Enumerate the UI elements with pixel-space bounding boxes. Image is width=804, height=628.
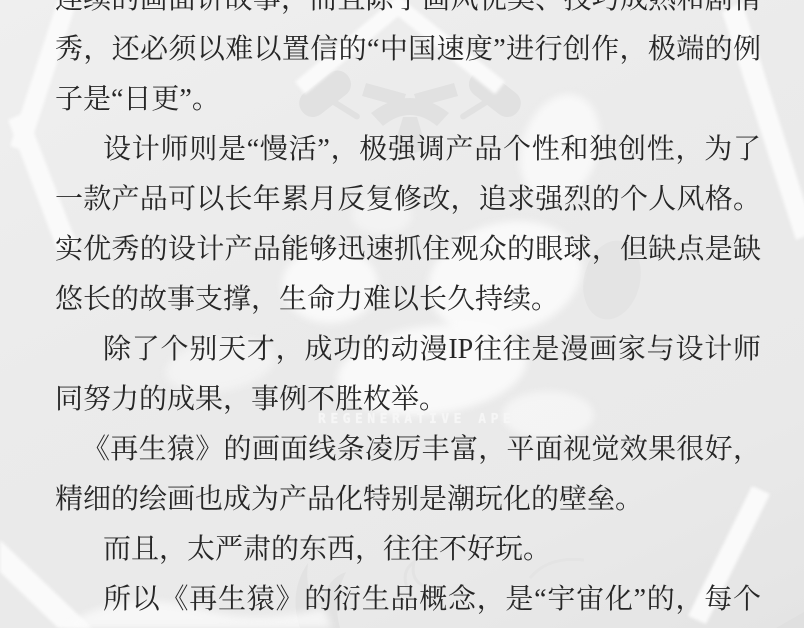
- article-text: 连续的画面讲故事，而且除了画风优美、技巧成熟和剧情优 秀，还必须以难以置信的“中…: [55, 0, 761, 625]
- text-line: 除了个别天才，成功的动漫IP往往是漫画家与设计师共: [55, 325, 761, 375]
- text-line: 所以《再生猿》的衍生品概念，是“宇宙化”的，每个: [55, 575, 761, 625]
- document-page: { "page": { "background_color": "#ebebeb…: [0, 0, 804, 628]
- text-line: 设计师则是“慢活”，极强调产品个性和独创性，为了: [55, 125, 761, 175]
- text-line: 实优秀的设计产品能够迅速抓住观众的眼球，但缺点是缺乏: [55, 225, 761, 275]
- text-line: 子是“日更”。: [55, 75, 761, 125]
- text-line: 《再生猿》的画面线条凌厉丰富，平面视觉效果很好，但: [55, 425, 761, 475]
- text-line: 连续的画面讲故事，而且除了画风优美、技巧成熟和剧情优: [55, 0, 761, 25]
- text-line: 而且，太严肃的东西，往往不好玩。: [55, 525, 761, 575]
- text-line: 同努力的成果，事例不胜枚举。: [55, 375, 761, 425]
- text-line: 秀，还必须以难以置信的“中国速度”进行创作，极端的例: [55, 25, 761, 75]
- text-line: 精细的绘画也成为产品化特别是潮玩化的壁垒。: [55, 475, 761, 525]
- text-line: 一款产品可以长年累月反复修改，追求强烈的个人风格。确: [55, 175, 761, 225]
- corner-grunge: [776, 612, 804, 628]
- text-line: 悠长的故事支撑，生命力难以长久持续。: [55, 275, 761, 325]
